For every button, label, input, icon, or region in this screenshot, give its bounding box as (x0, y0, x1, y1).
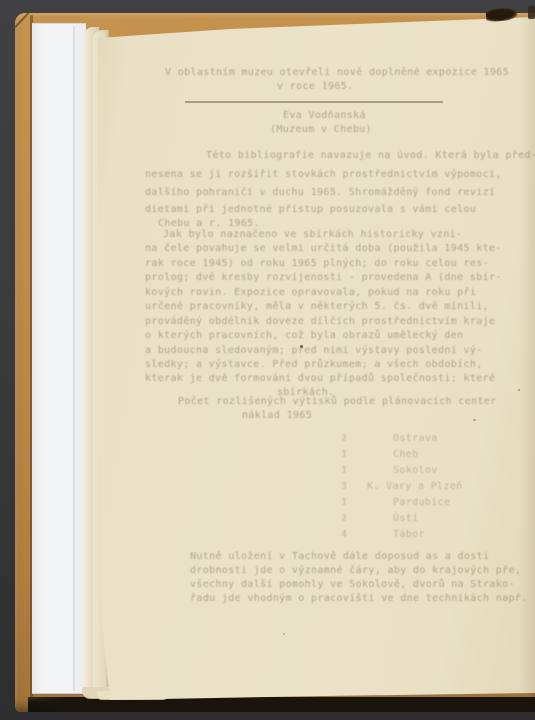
ghost-table-row: 4 Tábor (94, 530, 535, 542)
row-value: 3 (341, 482, 347, 492)
row-value: 1 (341, 466, 347, 476)
ghost-table-row: 2 Ústí (94, 514, 535, 526)
row-value: 4 (341, 530, 347, 540)
ghost-table-row: 1 Pardubice (94, 498, 535, 510)
ghost-byline-affiliation: (Muzeum v Chebu) (270, 125, 372, 135)
ink-speck (473, 419, 476, 421)
ghost-text-line: nesena se ji rozšířit stovkách prostředn… (145, 170, 502, 180)
row-value: 1 (341, 498, 347, 508)
ghost-byline-name: Eva Vodňanská (283, 111, 366, 121)
ghost-text-line: kterak je dvě formování dvou případů spo… (145, 374, 495, 384)
ghost-text-line: na čele povahuje se velmi určitá doba (p… (145, 244, 502, 254)
row-label: Ostrava (393, 434, 438, 444)
endpaper-fold-line (73, 26, 75, 691)
ink-speck (300, 345, 303, 348)
row-label: Sokolov (393, 466, 438, 476)
ghost-text-line: Jak bylo naznačeno ve sbírkách historick… (163, 230, 462, 240)
cover-edge-notch (528, 6, 535, 19)
ghost-table-row: 2 Ostrava (94, 434, 535, 446)
ghost-text-line: v roce 1965. (277, 82, 353, 92)
row-label: Pardubice (393, 498, 450, 508)
ghost-text-line: dalšího pohraničí v duchu 1965. Shromážd… (145, 188, 495, 198)
ghost-text-line: Této bibliografie navazuje na úvod. Kter… (206, 151, 535, 161)
ghost-text-line: všechny další pomohly ve Sokolově, dvorů… (190, 580, 515, 590)
book-scan-photo: V oblastním muzeu otevřeli nově doplněné… (0, 0, 535, 720)
ghost-table-title: Počet rozlišených výtisků podle plánovac… (178, 397, 497, 407)
ghost-text-line: prolog; dvě kresby rozvíjenosti - proved… (145, 273, 502, 283)
ghost-table-row: 1 Sokolov (94, 466, 535, 478)
row-value: 2 (341, 434, 347, 444)
ghost-text-line: a budoucna sledovaným; před nimi výstavy… (145, 346, 483, 356)
row-value: 1 (341, 450, 347, 460)
row-label: K. Vary a Plzeň (367, 482, 463, 492)
ghost-text-line: dietami při jednotné přístup posuzovala … (145, 205, 476, 215)
row-label: Tábor (393, 530, 425, 540)
ghost-text-line: prováděný obdélník doveze dílčích prostř… (145, 317, 495, 327)
ghost-table-row: 1 Cheb (94, 450, 535, 462)
cover-damage-mark (485, 7, 517, 23)
scanned-blank-page: V oblastním muzeu otevřeli nově doplněné… (94, 14, 535, 704)
ghost-rule (185, 101, 443, 103)
ghost-text-line: určené pracovníky, měla v některých 5. č… (145, 302, 489, 312)
ink-speck (518, 389, 520, 391)
ink-speck (283, 633, 285, 635)
endpaper-page (32, 23, 86, 694)
row-value: 2 (341, 514, 347, 524)
ghost-text-line: sledky; a výstavce. Před průzkumem; a vš… (145, 360, 483, 370)
ghost-text-line: kových rovin. Expozice opravovala, pokud… (145, 288, 476, 298)
ghost-text-line: Chebu a r. 1965. (158, 219, 260, 229)
row-label: Ústí (393, 514, 418, 524)
ghost-text-line: o kterých pracovních, což byla obrazů um… (145, 331, 464, 341)
ghost-text-line: rak roce 1945) od roku 1965 plných; do r… (145, 259, 489, 269)
ghost-table-row: 3 K. Vary a Plzeň (94, 482, 535, 494)
ghost-text-line: V oblastním muzeu otevřeli nově doplněné… (165, 68, 509, 78)
ghost-text-line: Nutně uložení v Tachově dále doposud as … (190, 552, 489, 562)
ghost-text-line: drobnosti jde o významné čáry, aby do kr… (190, 566, 521, 576)
ghost-table-subtitle: náklad 1965 (242, 411, 312, 421)
row-label: Cheb (393, 450, 418, 460)
ghost-text-line: řadu jde vhodným o pracovišti ve dne tec… (190, 594, 528, 604)
